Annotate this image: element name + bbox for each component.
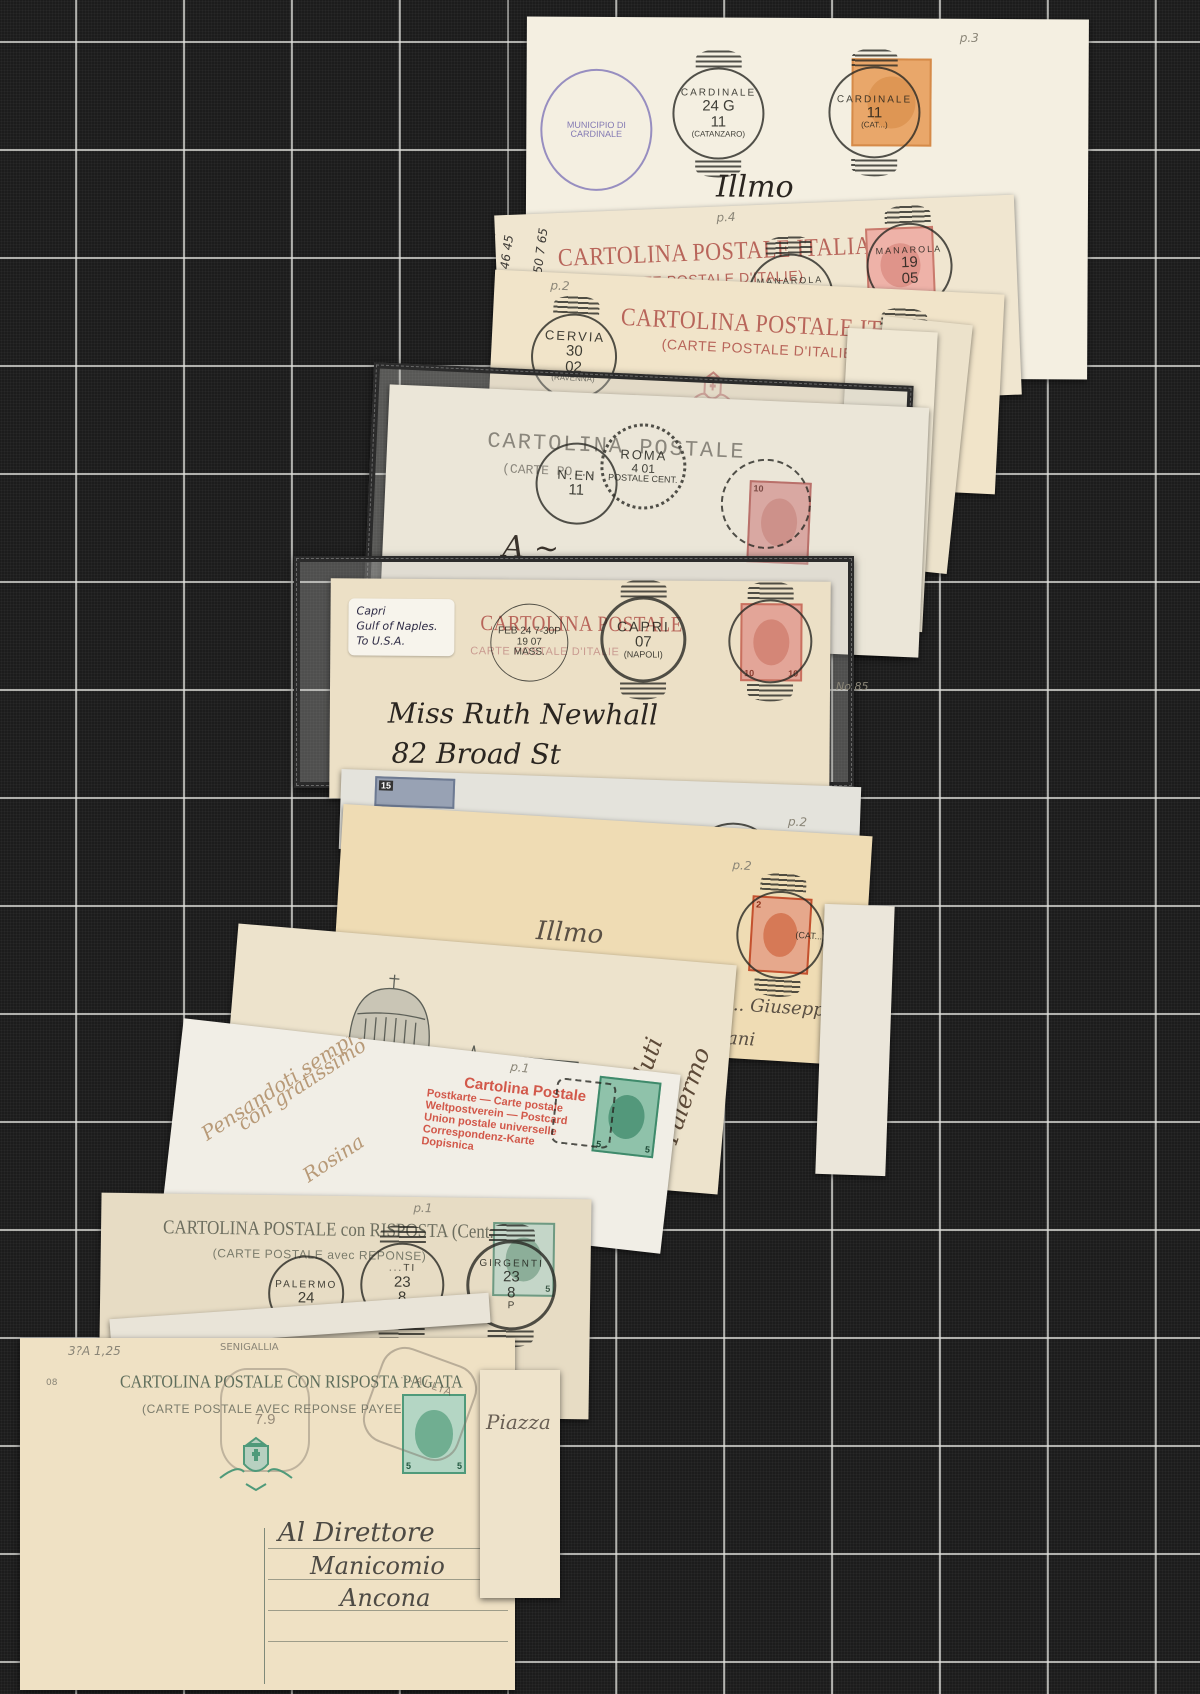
pencil-note: p.1 — [510, 1060, 531, 1076]
card-title: CARTOLINA POSTALE ITALIANA — [557, 229, 904, 273]
coat-of-arms-icon — [216, 1434, 296, 1494]
postmark-cardinale-2: CARDINALE 11 (CAT...) — [828, 66, 920, 158]
address-divider — [264, 1528, 265, 1684]
stamp-blue: 15 — [374, 776, 455, 809]
municipio-handstamp: MUNICIPIO DI CARDINALE — [540, 69, 653, 192]
postmark-capri-2 — [728, 599, 813, 684]
pencil-note-town: SENIGALLIA — [220, 1342, 279, 1353]
pencil-note: p.4 — [716, 210, 736, 225]
card-fragment: Piazza — [480, 1370, 560, 1598]
message-signature: Rosina — [298, 1129, 368, 1187]
postmark-genova — [550, 1077, 617, 1149]
fragment-handwriting: Piazza — [486, 1410, 551, 1434]
card-title: CARTOLINA POSTALE con RISPOSTA (Cent. 15… — [163, 1216, 525, 1244]
pencil-note: 3?A 1,25 — [68, 1344, 121, 1358]
capri-card: Capri Gulf of Naples. To U.S.A. CARTOLIN… — [329, 578, 831, 801]
risposta-pagata-card: 3?A 1,25 SENIGALLIA 08 CARTOLINA POSTALE… — [20, 1338, 515, 1690]
side-text-2: centesimi 5 in francobolli. — [98, 1247, 100, 1348]
address-line-1: Al Direttore — [278, 1518, 435, 1548]
postmark-cardinale-1: CARDINALE 24 G 11 (CATANZARO) — [672, 67, 764, 159]
side-note: 46 45 — [498, 234, 516, 270]
pencil-note: p.2 — [788, 815, 808, 830]
pencil-note: p.2 — [732, 858, 752, 873]
collector-label: Capri Gulf of Naples. To U.S.A. — [348, 598, 454, 655]
pencil-note: p.2 — [550, 278, 570, 293]
address-line-3: Ancona — [340, 1584, 430, 1612]
message-line-2: con gratissimo — [233, 1033, 371, 1135]
address-line-2: Manicomio — [310, 1552, 445, 1580]
postmark-usa-receiving: FEB 24 7-30P 19 07 MASS. — [490, 603, 569, 682]
corner-mark: 08 — [46, 1378, 57, 1388]
side-note: 50 7 65 — [531, 227, 551, 274]
pencil-note: p.3 — [960, 31, 979, 45]
address-line: Illmo — [716, 170, 794, 205]
pencil-note: No 85 — [836, 680, 868, 693]
address-line-2: 82 Broad St — [391, 737, 561, 771]
postmark-capri: CAPRI 07 (NAPOLI) — [600, 596, 687, 683]
address-line-1: Illmo — [535, 916, 604, 950]
card-edge — [815, 904, 894, 1176]
pencil-note: p.1 — [413, 1201, 432, 1215]
address-line-1: Miss Ruth Newhall — [388, 697, 658, 732]
